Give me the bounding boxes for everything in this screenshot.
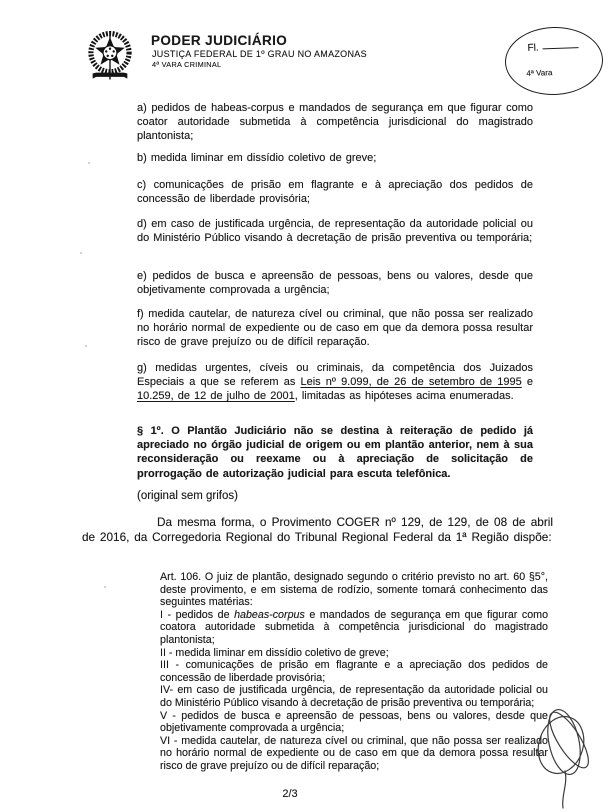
stamp-vara-label: 4ª Vara	[526, 68, 552, 78]
stamp-fl-label: Fl.	[527, 41, 578, 54]
art106-item-vi: VI - medida cautelar, de natureza cível …	[160, 735, 548, 773]
art106-item-i-lead: I - pedidos de	[160, 609, 234, 621]
art106-item-iv: IV- em caso de justificada urgência, de …	[160, 684, 548, 709]
scan-speck	[85, 345, 87, 347]
law-9099-reference: Leis nº 9.099, de 26 de setembro de 1995	[300, 376, 521, 388]
quote-item-g-tail: , limitadas as hipóteses acima enumerada…	[295, 390, 514, 402]
article-106-block: Art. 106. O juiz de plantão, designado s…	[160, 571, 548, 773]
art106-item-ii: II - medida liminar em dissídio coletivo…	[160, 647, 548, 660]
art106-intro: Art. 106. O juiz de plantão, designado s…	[160, 571, 548, 609]
habeas-corpus-italic: habeas-corpus	[234, 609, 305, 621]
quote-paragraph-1: § 1º. O Plantão Judiciário não se destin…	[137, 424, 533, 481]
scan-speck	[104, 586, 106, 588]
quote-item-c: c) comunicações de prisão em flagrante e…	[137, 178, 533, 206]
quote-item-d: d) em caso de justificada urgência, de r…	[137, 217, 533, 245]
law-10259-reference: 10.259, de 12 de julho de 2001	[137, 390, 295, 402]
folio-stamp: Fl. 4ª Vara	[504, 25, 604, 96]
quote-item-g: g) medidas urgentes, cíveis ou criminais…	[137, 361, 533, 404]
scan-speck	[88, 162, 90, 164]
quote-item-e: e) pedidos de busca e apreensão de pesso…	[137, 269, 533, 297]
quote-item-b: b) medida liminar em dissídio coletivo d…	[137, 151, 533, 165]
page-number: 2/3	[0, 788, 580, 800]
quote-item-a: a) pedidos de habeas-corpus e mandados d…	[137, 101, 533, 144]
scan-speck	[80, 252, 82, 254]
header-title: PODER JUDICIÁRIO	[151, 33, 287, 48]
document-page: PODER JUDICIÁRIO JUSTIÇA FEDERAL DE 1º G…	[0, 0, 614, 812]
quote-item-g-conj: e	[522, 376, 533, 388]
note-original-sem-grifos: (original sem grifos)	[137, 490, 238, 502]
paragraph-coger: Da mesma forma, o Provimento COGER nº 12…	[82, 515, 553, 545]
stamp-fill-line	[543, 47, 579, 49]
art106-item-i: I - pedidos de habeas-corpus e mandados …	[160, 609, 548, 647]
art106-item-iii: III - comunicações de prisão em flagrant…	[160, 659, 548, 684]
coat-of-arms-icon	[84, 28, 136, 86]
art106-item-v: V - pedidos de busca e apreensão de pess…	[160, 710, 548, 735]
header-subtitle-vara: 4ª VARA CRIMINAL	[152, 60, 221, 69]
quote-item-f: f) medida cautelar, de natureza cível ou…	[137, 307, 533, 350]
header-subtitle-court: JUSTIÇA FEDERAL DE 1º GRAU NO AMAZONAS	[152, 49, 367, 59]
